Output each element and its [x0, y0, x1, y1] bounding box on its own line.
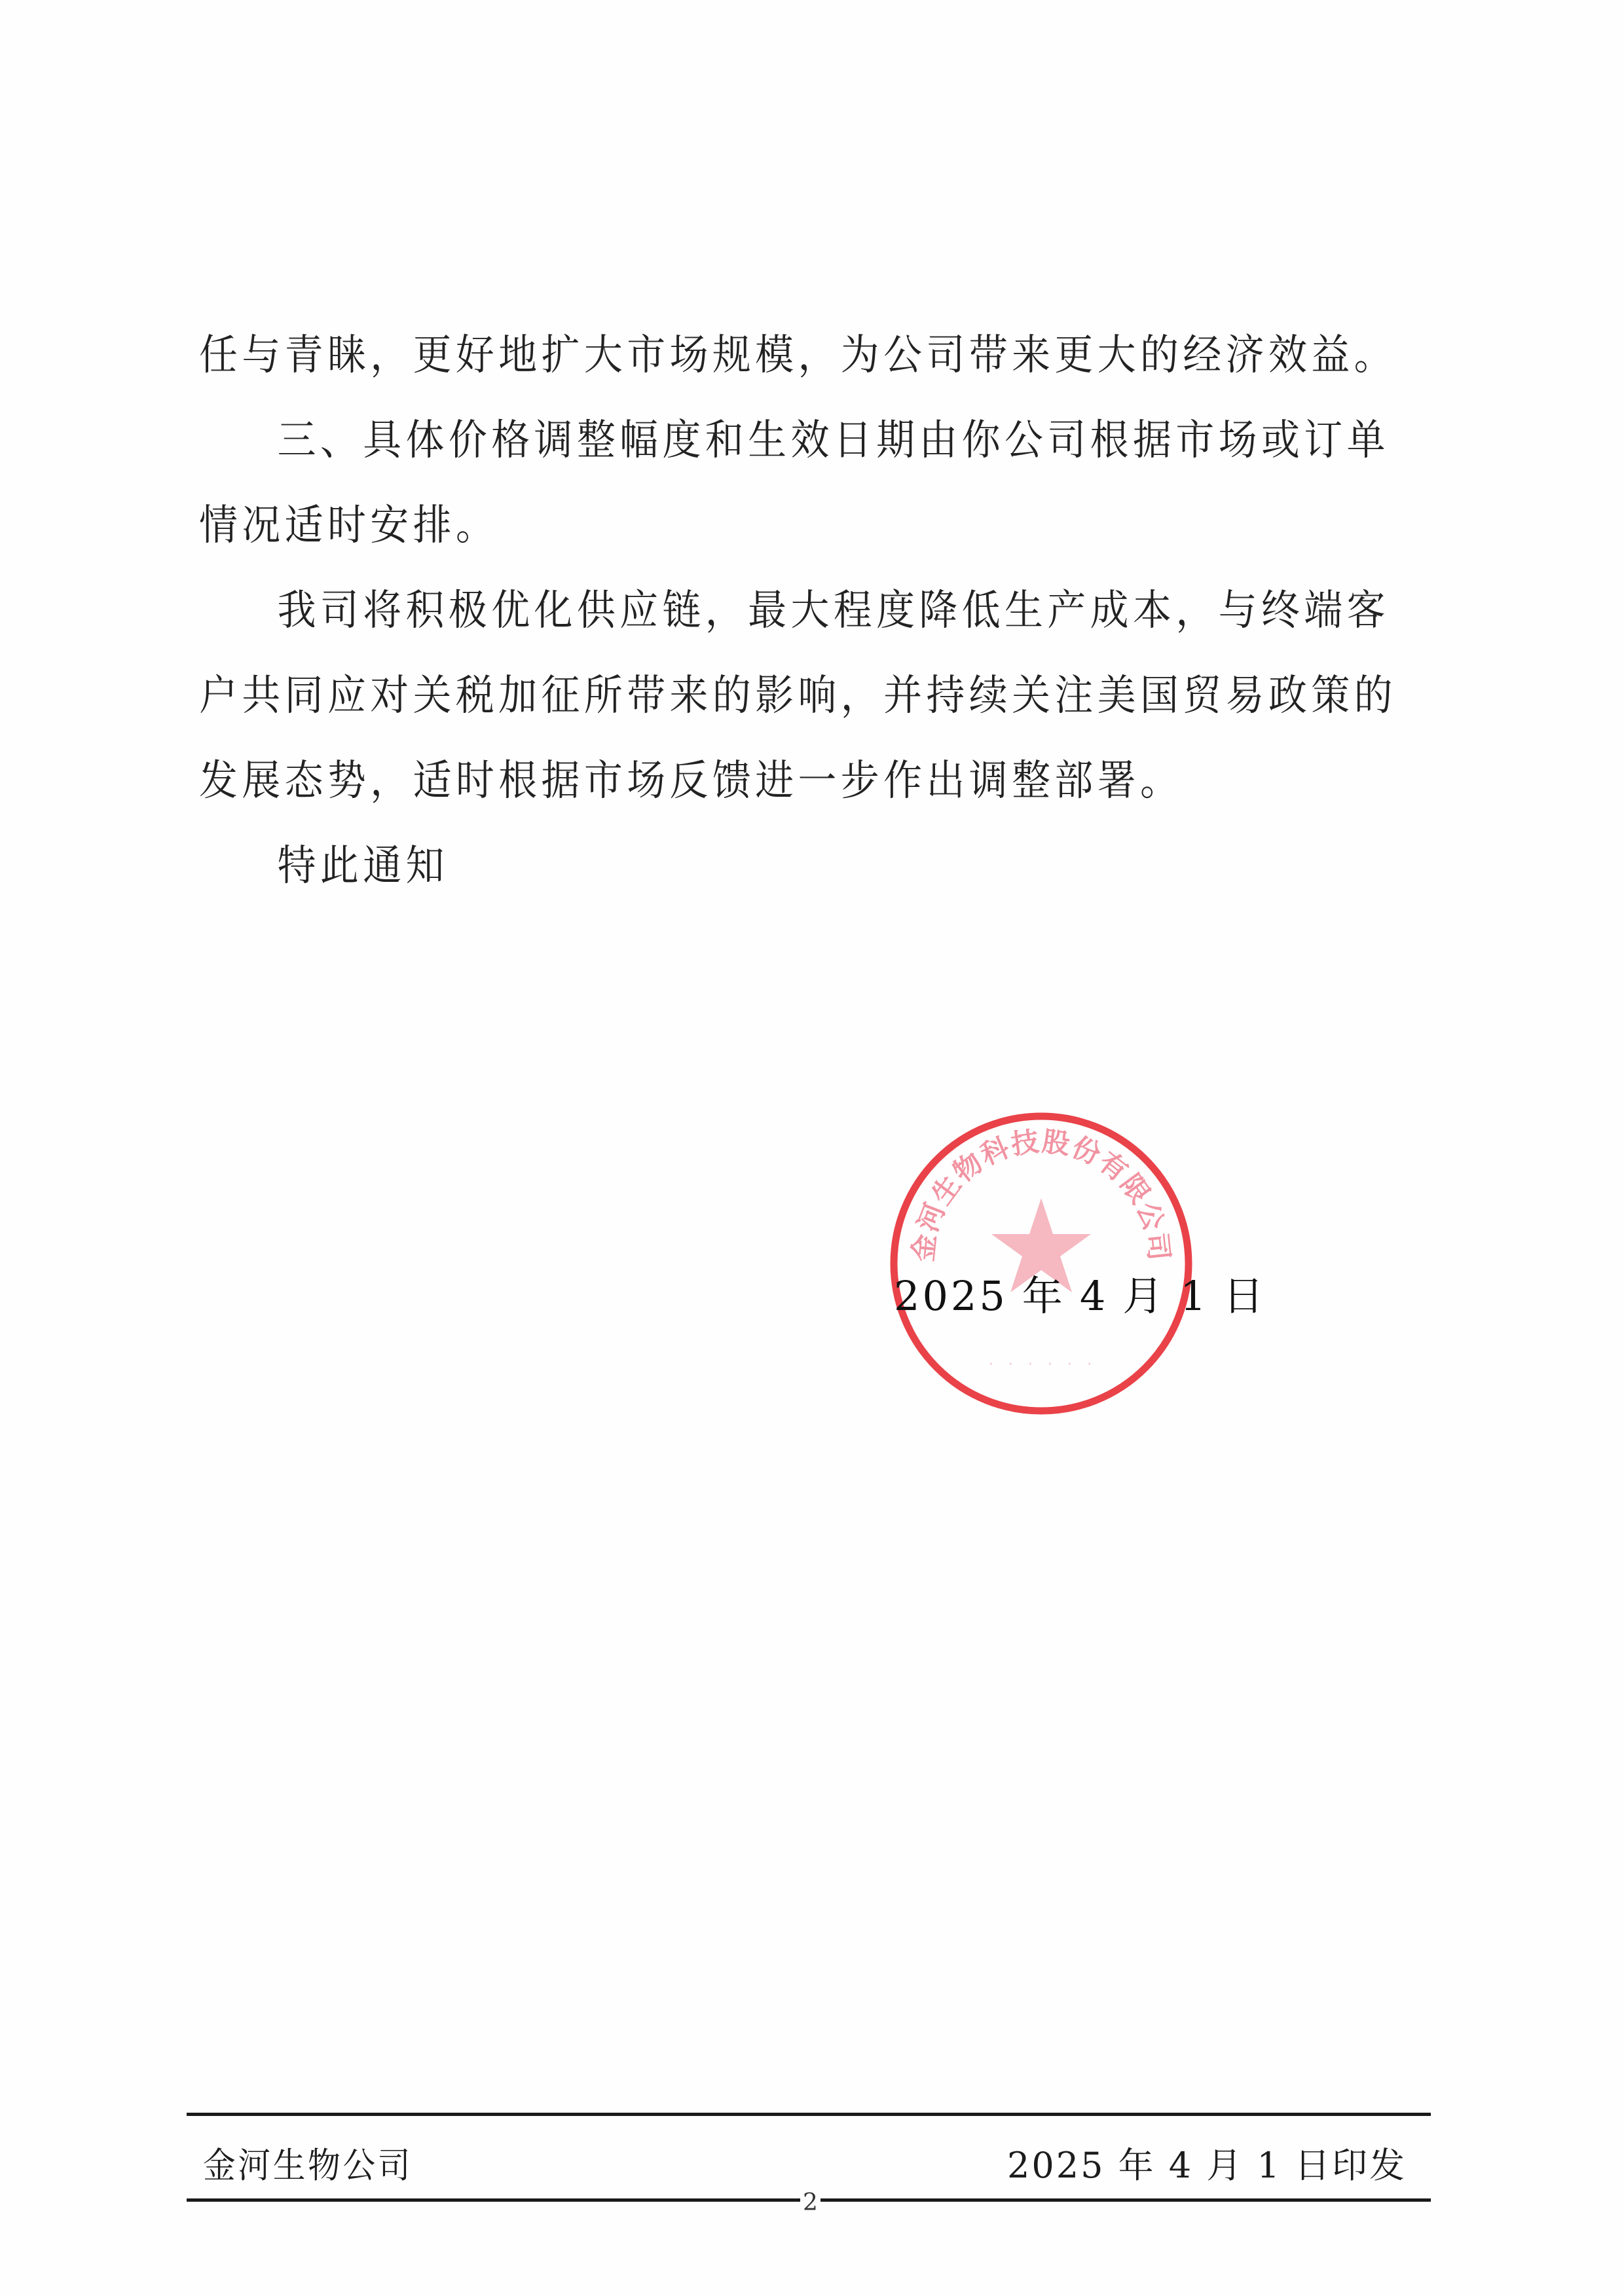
body-line: 三、具体价格调整幅度和生效日期由你公司根据市场或订单 — [199, 398, 1332, 483]
body-line: 任与青睐，更好地扩大市场规模，为公司带来更大的经济效益。 — [199, 313, 1332, 398]
signature-date: 2025年4月1日 — [894, 1264, 1266, 1322]
document-body: 任与青睐，更好地扩大市场规模，为公司带来更大的经济效益。 三、具体价格调整幅度和… — [199, 313, 1430, 909]
footer-issue-date: 2025 年 4 月 1 日印发 — [1007, 2138, 1407, 2188]
page-number: 2 — [800, 2190, 821, 2216]
closing-line: 特此通知 — [199, 824, 1332, 909]
document-page: 任与青睐，更好地扩大市场规模，为公司带来更大的经济效益。 三、具体价格调整幅度和… — [0, 0, 1624, 2296]
body-line: 户共同应对关税加征所带来的影响，并持续关注美国贸易政策的 — [199, 653, 1332, 738]
body-line: 我司将积极优化供应链，最大程度降低生产成本，与终端客 — [199, 568, 1332, 653]
svg-text:· · · · · ·: · · · · · · — [987, 1356, 1095, 1372]
body-line: 发展态势，适时根据市场反馈进一步作出调整部署。 — [199, 738, 1332, 824]
footer-top-rule — [187, 2113, 1431, 2116]
footer-issuer: 金河生物公司 — [203, 2138, 413, 2188]
body-line: 情况适时安排。 — [199, 483, 1332, 568]
